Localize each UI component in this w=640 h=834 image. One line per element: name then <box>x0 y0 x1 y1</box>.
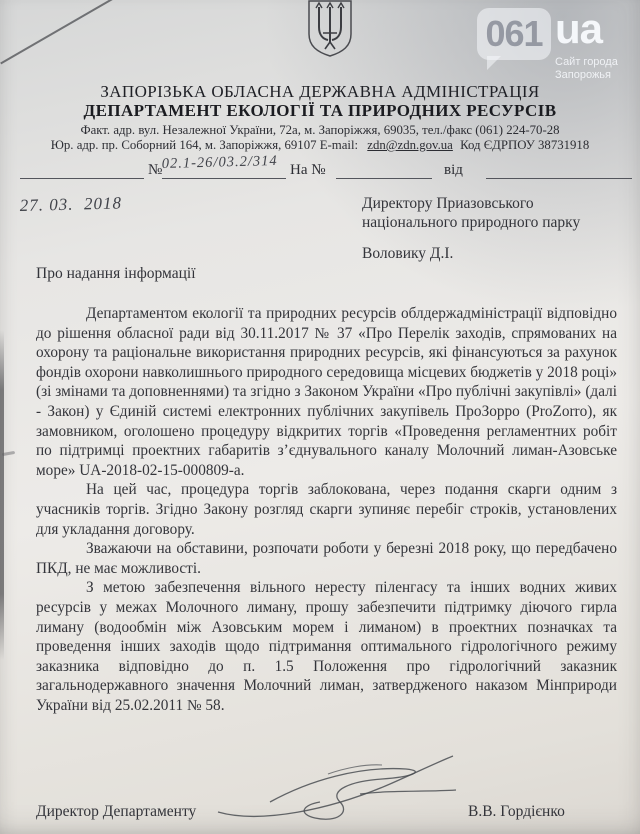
number-sign-label: № <box>148 162 162 179</box>
from-date-label: від <box>444 162 463 179</box>
address-line2-prefix: Юр. адр. пр. Соборний 164, м. Запоріжжя,… <box>51 138 358 152</box>
organization-name-line1: ЗАПОРІЗЬКА ОБЛАСНА ДЕРЖАВНА АДМІНІСТРАЦІ… <box>0 82 640 102</box>
addressee-block: Директору Приазовського національного пр… <box>362 194 580 232</box>
signer-name: В.В. Гордієнко <box>468 803 565 821</box>
body-paragraph-3: Зважаючи на обставини, розпочати роботи … <box>36 539 617 578</box>
email-address: zdn@zdn.gov.ua <box>367 138 453 152</box>
scan-left-edge-shadow <box>0 330 4 660</box>
department-name-line2: ДЕПАРТАМЕНТ ЕКОЛОГІЇ ТА ПРИРОДНИХ РЕСУРС… <box>0 101 640 121</box>
handwritten-date: 27. 03. 2018 <box>19 193 143 216</box>
reply-number-blank-field <box>336 156 432 179</box>
trident-coat-of-arms-icon <box>301 0 359 63</box>
body-paragraph-1: Департаментом екології та природних ресу… <box>36 304 617 480</box>
speech-bubble-icon: 061 <box>477 8 551 60</box>
body-paragraph-4: З метою забезпечення вільного нересту пі… <box>36 578 617 715</box>
handwritten-signature <box>210 750 465 834</box>
outgoing-date-field: 27. 03. 2018 <box>20 156 144 179</box>
letter-subject: Про надання інформації <box>36 265 196 283</box>
scan-stray-mark <box>2 451 15 456</box>
watermark-domain: ua <box>555 8 618 50</box>
edrpou-code: Код ЄДРПОУ 38731918 <box>460 138 589 152</box>
signer-position: Директор Департаменту <box>36 803 196 821</box>
letterhead-address-line2: Юр. адр. пр. Соборний 164, м. Запоріжжя,… <box>0 138 640 153</box>
addressee-name: Воловику Д.І. <box>362 245 453 263</box>
addressee-title-line1: Директору Приазовського <box>362 195 534 212</box>
watermark-number: 061 <box>485 13 542 55</box>
site-watermark-logo: 061 ua Сайт города Запорожья <box>477 8 632 86</box>
watermark-tagline: Сайт города Запорожья <box>555 56 618 82</box>
from-date-blank-field <box>486 156 632 179</box>
scanned-letter-page: 061 ua Сайт города Запорожья ЗАПОРІЗЬКА … <box>0 0 640 834</box>
letter-body: Департаментом екології та природних ресу… <box>36 304 617 715</box>
letterhead-address-line1: Факт. адр. вул. Незалежної України, 72а,… <box>0 123 640 138</box>
addressee-title-line2: національного природного парку <box>362 214 580 231</box>
scan-corner-fold-line <box>0 0 114 64</box>
reply-to-number-label: На № <box>290 162 326 179</box>
handwritten-number: 02.1-26/03.2/314 <box>162 153 286 173</box>
body-paragraph-2: На цей час, процедура торгів заблокована… <box>36 480 617 539</box>
outgoing-number-field: 02.1-26/03.2/314 <box>162 156 286 179</box>
